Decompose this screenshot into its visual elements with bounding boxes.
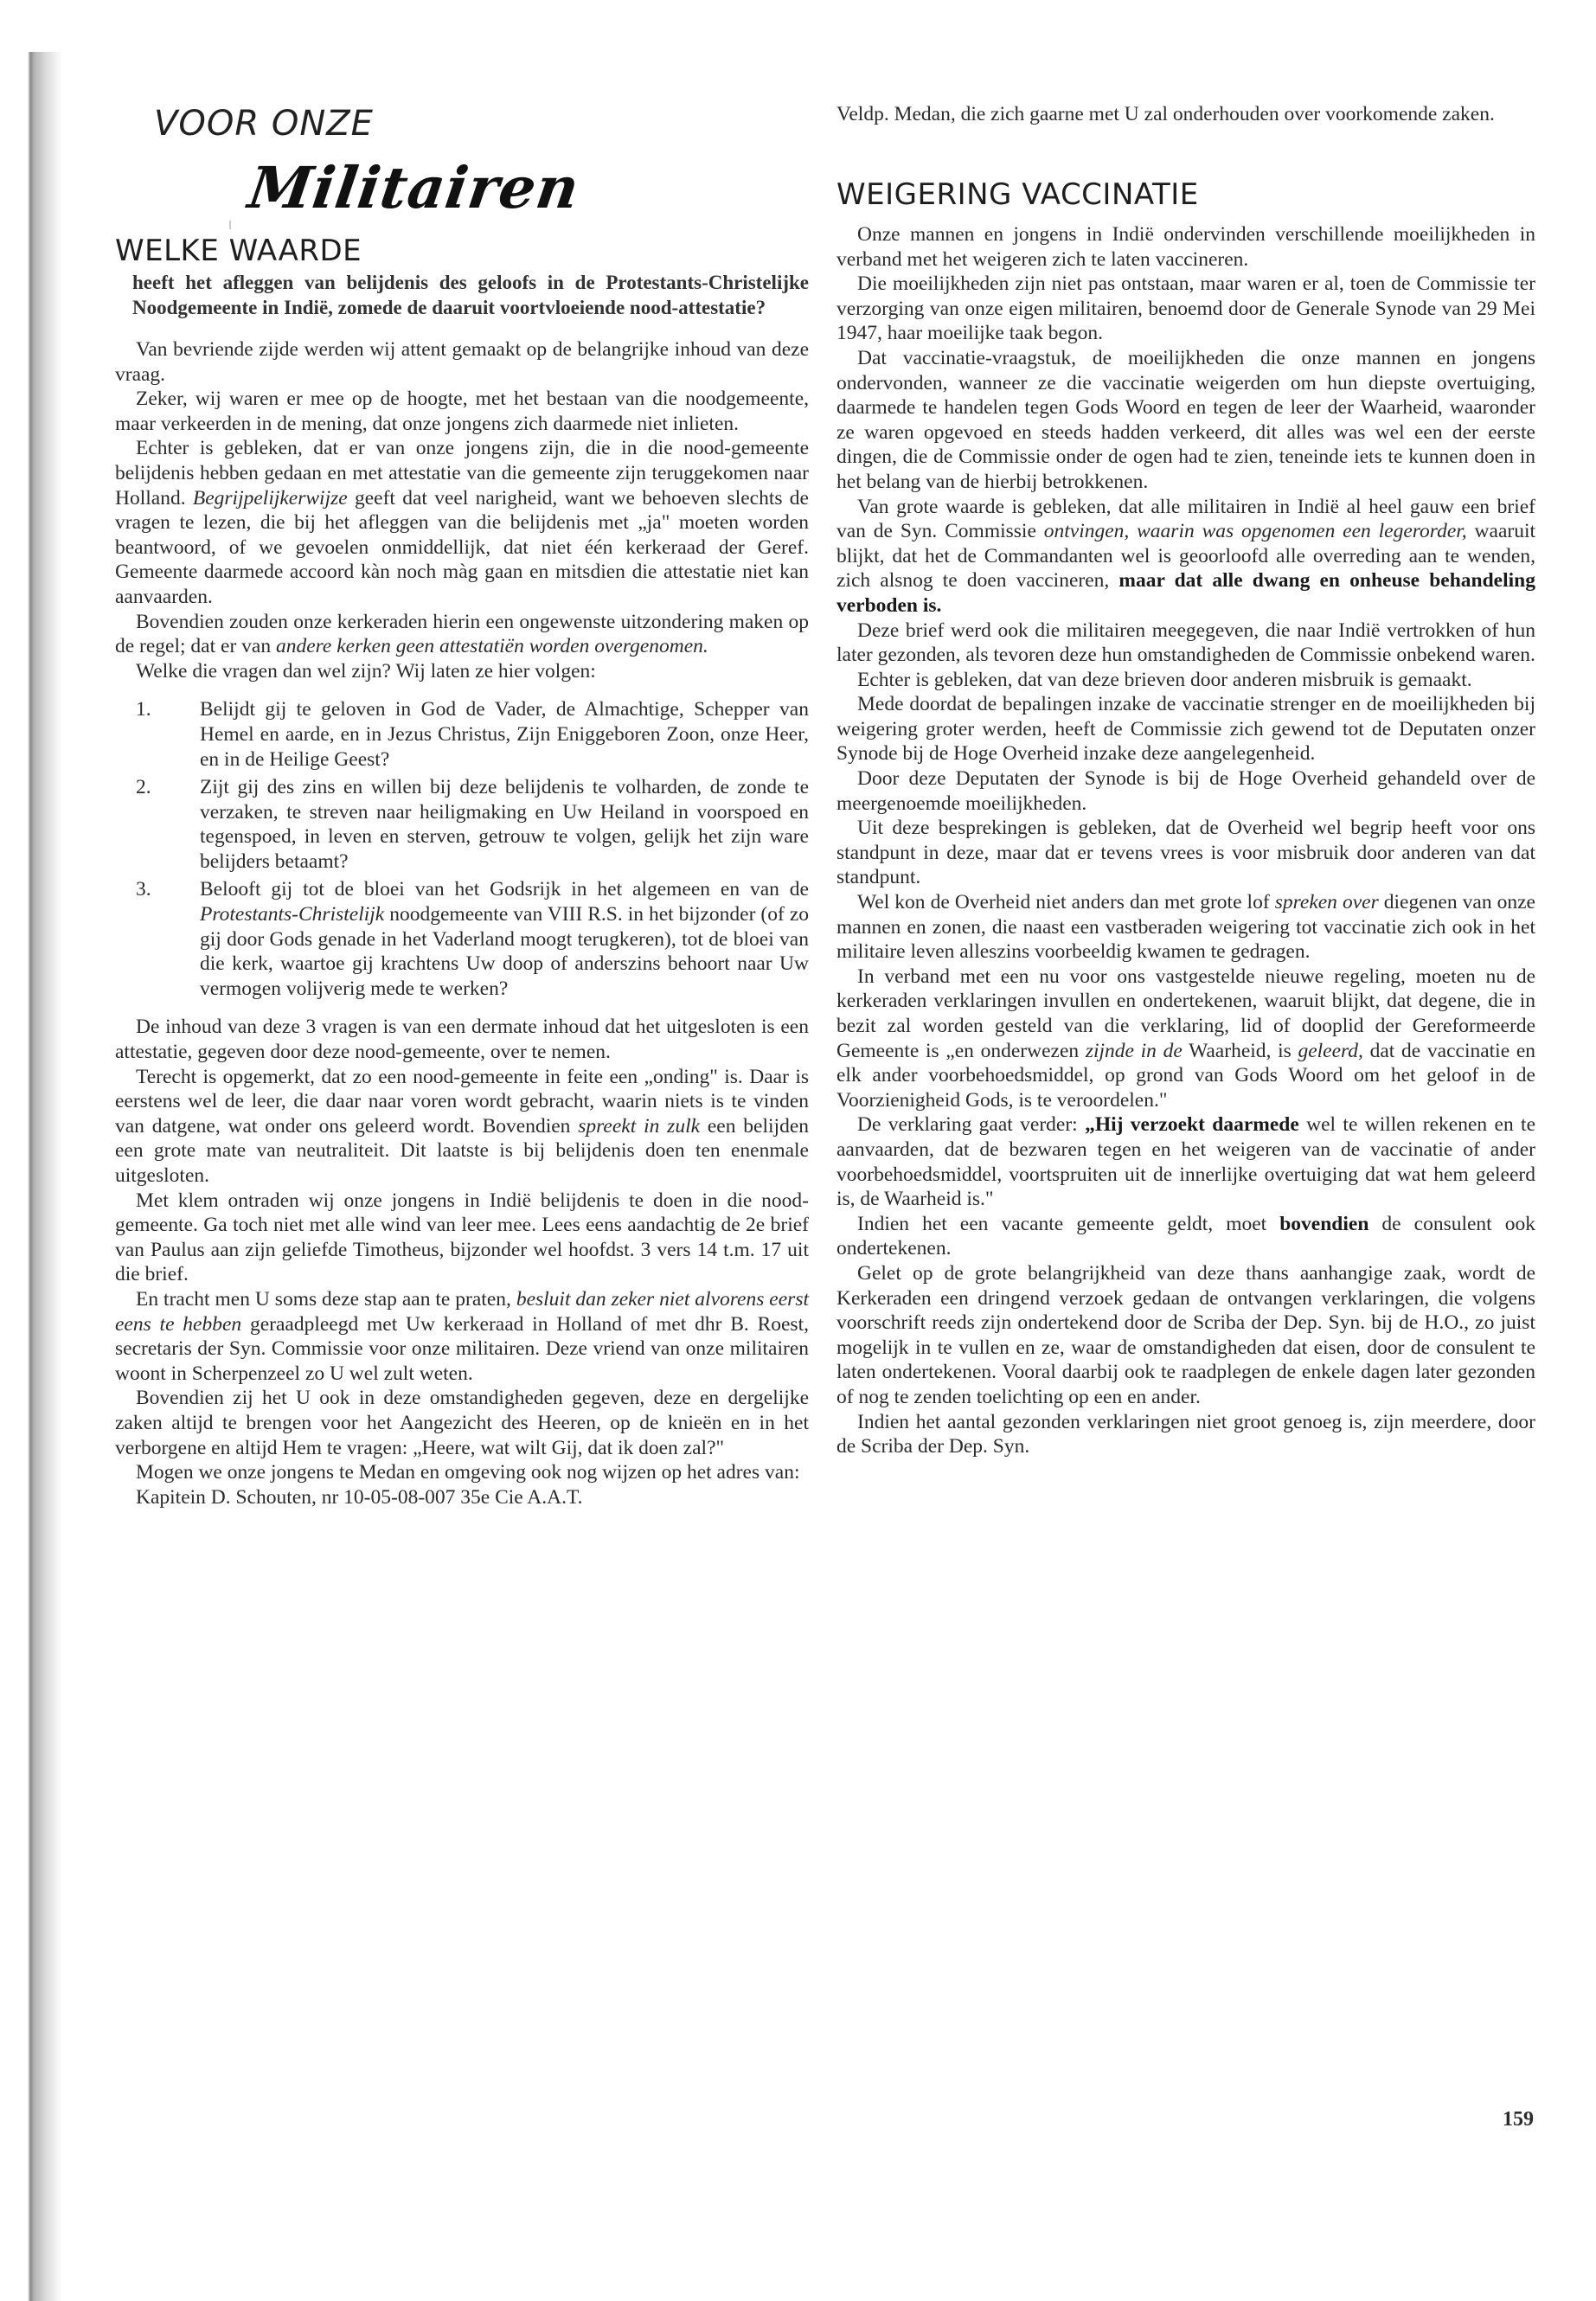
paragraph: Onze mannen en jongens in Indië ondervin…: [836, 222, 1535, 272]
paragraph: Veldp. Medan, die zich gaarne met U zal …: [836, 102, 1535, 127]
page-title: Militairen: [245, 154, 584, 221]
page-kicker: VOOR ONZE: [154, 104, 374, 144]
italic-text: Begrijpelijkerwijze: [193, 487, 348, 510]
italic-text: Protestants-Christelijk: [200, 903, 384, 926]
article-weigering-vaccinatie: WEIGERING VACCINATIE Onze mannen en jong…: [836, 177, 1535, 1459]
question-number: 3.: [115, 877, 200, 1001]
paragraph: Welke die vragen dan wel zijn? Wij laten…: [115, 659, 809, 684]
page-number: 159: [1503, 2108, 1534, 2131]
italic-text: spreken over: [1275, 891, 1379, 913]
paragraph: Uit deze besprekingen is gebleken, dat d…: [836, 816, 1535, 890]
question-item: 1. Belijdt gij te geloven in God de Vade…: [115, 697, 809, 772]
question-item: 2. Zijt gij des zins en willen bij deze …: [115, 775, 809, 874]
address-line: Kapitein D. Schouten, nr 10-05-08-007 35…: [115, 1485, 809, 1510]
text-run: De verklaring gaat verder:: [857, 1113, 1085, 1136]
paragraph: Mogen we onze jongens te Medan en omgevi…: [115, 1460, 809, 1485]
paragraph: Gelet op de grote belangrijkheid van dez…: [836, 1261, 1535, 1410]
italic-text: zijnde in de: [1086, 1040, 1183, 1062]
paragraph: Wel kon de Overheid niet anders dan met …: [836, 890, 1535, 965]
text-run: Waarheid, is: [1183, 1040, 1298, 1062]
question-item: 3. Belooft gij tot de bloei van het Gods…: [115, 877, 809, 1001]
paragraph: In verband met een nu voor ons vastgeste…: [836, 965, 1535, 1113]
paragraph: Die moeilijkheden zijn niet pas ontstaan…: [836, 272, 1535, 346]
article-welke-waarde: WELKE WAARDE heeft het afleggen van beli…: [115, 234, 809, 1509]
text-run: Belooft gij tot de bloei van het Godsrij…: [200, 878, 809, 901]
paragraph: De inhoud van deze 3 vragen is van een d…: [115, 1015, 809, 1064]
text-run: Wel kon de Overheid niet anders dan met …: [857, 891, 1275, 913]
paragraph: Van bevriende zijde werden wij attent ge…: [115, 337, 809, 387]
question-text: Zijt gij des zins en willen bij deze bel…: [200, 775, 809, 874]
paragraph: Van grote waarde is gebleken, dat alle m…: [836, 495, 1535, 619]
question-number: 1.: [115, 697, 200, 772]
paragraph: Deze brief werd ook die militairen meege…: [836, 619, 1535, 668]
paragraph: Met klem ontraden wij onze jongens in In…: [115, 1189, 809, 1287]
bold-text: bovendien: [1279, 1213, 1368, 1235]
text-run: Indien het een vacante gemeente geldt, m…: [857, 1213, 1279, 1235]
page-binding-shadow: [28, 52, 62, 2301]
paragraph: Bovendien zij het U ook in deze omstandi…: [115, 1386, 809, 1460]
italic-text: geleerd,: [1298, 1040, 1362, 1062]
paragraph: Echter is gebleken, dat van deze brieven…: [836, 668, 1535, 693]
article-continuation: Veldp. Medan, die zich gaarne met U zal …: [836, 102, 1535, 127]
paragraph: Door deze Deputaten der Synode is bij de…: [836, 766, 1535, 816]
paragraph: En tracht men U soms deze stap aan te pr…: [115, 1287, 809, 1386]
italic-text: ontvingen, waarin was opgenomen een lege…: [1044, 520, 1467, 542]
paragraph: Dat vaccinatie-vraagstuk, de moeilijkhed…: [836, 346, 1535, 495]
question-number: 2.: [115, 775, 200, 874]
section-heading: WELKE WAARDE: [115, 234, 809, 268]
section-heading: WEIGERING VACCINATIE: [836, 177, 1535, 212]
question-text: Belijdt gij te geloven in God de Vader, …: [200, 697, 809, 772]
paragraph: Bovendien zouden onze kerkeraden hierin …: [115, 610, 809, 659]
paragraph: Echter is gebleken, dat er van onze jong…: [115, 436, 809, 609]
italic-text: andere kerken geen attestatiën worden ov…: [276, 635, 708, 657]
question-list: 1. Belijdt gij te geloven in God de Vade…: [115, 697, 809, 1001]
paragraph: Indien het een vacante gemeente geldt, m…: [836, 1212, 1535, 1261]
paragraph: De verklaring gaat verder: „Hij verzoekt…: [836, 1112, 1535, 1211]
paragraph: Terecht is opgemerkt, dat zo een nood-ge…: [115, 1065, 809, 1189]
paragraph: Zeker, wij waren er mee op de hoogte, me…: [115, 387, 809, 436]
print-speck: [229, 221, 231, 229]
text-run: En tracht men U soms deze stap aan te pr…: [136, 1288, 516, 1311]
paragraph: Mede doordat de bepalingen inzake de vac…: [836, 692, 1535, 766]
question-text: Belooft gij tot de bloei van het Godsrij…: [200, 877, 809, 1001]
article-lead: heeft het afleggen van belijdenis des ge…: [115, 270, 809, 320]
paragraph: Indien het aantal gezonden verklaringen …: [836, 1410, 1535, 1459]
bold-text: „Hij verzoekt daarmede: [1085, 1113, 1299, 1136]
italic-text: spreekt in zulk: [578, 1115, 700, 1138]
